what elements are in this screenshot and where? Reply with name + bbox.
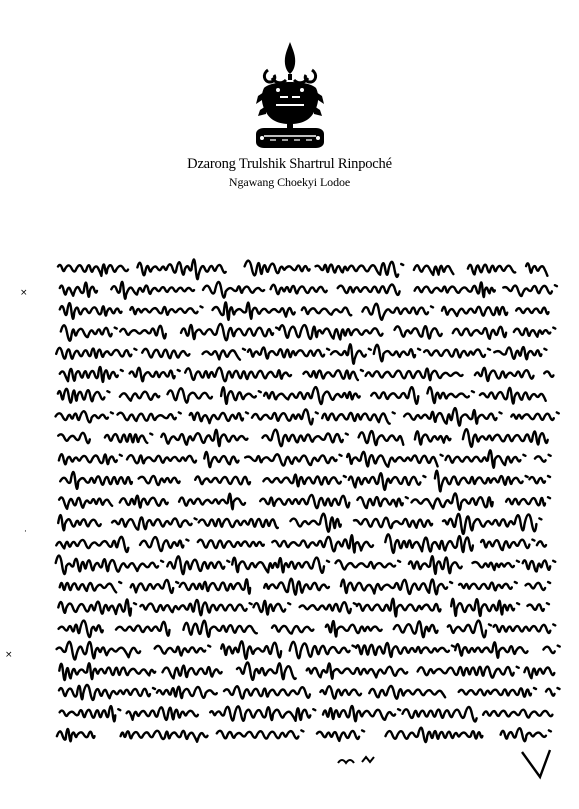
- handwritten-line: [58, 429, 548, 447]
- handwritten-line: [59, 663, 554, 680]
- handwritten-line: [57, 641, 560, 659]
- handwriting-strokes: [0, 0, 579, 809]
- handwritten-line: [59, 685, 560, 700]
- handwritten-line: [58, 599, 549, 617]
- handwritten-line: [58, 514, 541, 534]
- handwritten-line: [60, 367, 554, 382]
- handwritten-line: [60, 579, 550, 595]
- handwritten-line: [59, 493, 550, 509]
- handwritten-line: [56, 344, 546, 363]
- letter-page: Dzarong Trulshik Shartrul Rinpoché Ngawa…: [0, 0, 579, 809]
- handwritten-line: [56, 556, 556, 575]
- handwritten-line: [56, 408, 559, 426]
- handwritten-line: [56, 534, 546, 552]
- handwritten-line: [61, 324, 556, 341]
- handwritten-line: [59, 621, 556, 638]
- handwritten-body: [0, 0, 579, 809]
- signature-mark-icon: [522, 750, 550, 777]
- handwritten-line: [60, 282, 557, 299]
- handwritten-line: [59, 450, 551, 467]
- date-marks: [338, 757, 374, 763]
- handwritten-line: [58, 259, 547, 279]
- handwritten-line: [58, 387, 546, 404]
- handwritten-line: [60, 471, 550, 492]
- handwritten-line: [60, 302, 549, 319]
- handwritten-line: [60, 706, 553, 722]
- handwritten-line: [57, 728, 551, 742]
